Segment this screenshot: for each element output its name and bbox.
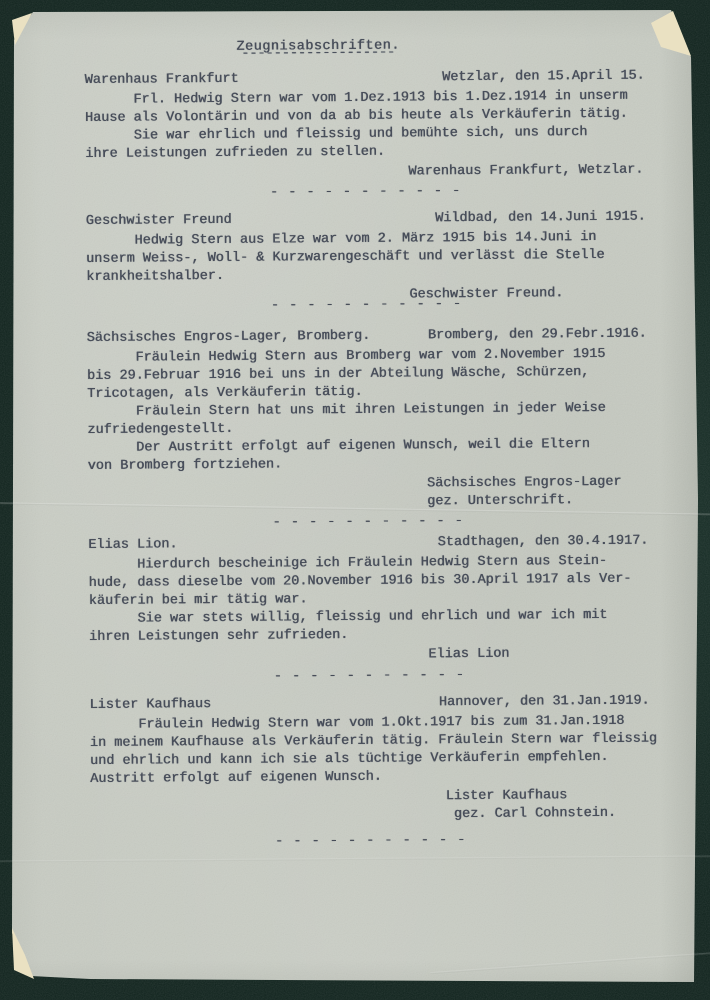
- testimonial-body: Fräulein Hedwig Stern war vom 1.Okt.1917…: [90, 713, 651, 789]
- company-name: Sächsisches Engros-Lager, Bromberg.: [87, 328, 371, 348]
- dateline: Stadthagen, den 30.4.1917.: [438, 533, 649, 553]
- body-line: Austritt erfolgt auf eigenen Wunsch.: [90, 767, 650, 789]
- dashed-separator: - - - - - - - - - - -: [89, 666, 649, 688]
- testimonial-body: Fräulein Hedwig Stern aus Bromberg war v…: [87, 346, 648, 476]
- signature-line: Sächsisches Engros-Lager: [411, 474, 648, 494]
- testimonial-section: Lister Kaufhaus Hannover, den 31.Jan.191…: [89, 693, 650, 827]
- dateline: Bromberg, den 29.Febr.1916.: [428, 326, 647, 346]
- dateline: Hannover, den 31.Jan.1919.: [439, 693, 650, 713]
- signature-line: Elias Lion: [412, 645, 649, 665]
- testimonial-header: Sächsisches Engros-Lager, Bromberg. Brom…: [87, 326, 647, 348]
- body-line: ihren Leistungen sehr zufrieden.: [89, 625, 649, 647]
- testimonial-section: Geschwister Freund Wildbad, den 14.Juni …: [86, 209, 647, 307]
- company-name: Lister Kaufhaus: [89, 696, 211, 715]
- testimonial-signature: Lister Kaufhaus gez. Carl Cohnstein.: [413, 787, 650, 825]
- title-underline: -------------------: [236, 45, 400, 64]
- signature-line: gez. Carl Cohnstein.: [413, 805, 650, 825]
- dashed-separator: - - - - - - - - - - -: [85, 182, 645, 204]
- company-name: Elias Lion.: [88, 536, 177, 555]
- testimonial-section: Elias Lion. Stadthagen, den 30.4.1917. H…: [88, 533, 649, 667]
- document-title-block: Zeugnisabschriften. -------------------: [236, 38, 400, 64]
- body-line: krankheitshalber.: [86, 265, 646, 287]
- testimonial-signature: Warenhaus Frankfurt, Wetzlar.: [408, 162, 645, 182]
- dashed-separator: - - - - - - - - - - -: [91, 831, 651, 853]
- dashed-separator: - - - - - - - - - - -: [86, 295, 646, 317]
- company-name: Geschwister Freund: [86, 212, 232, 231]
- signature-line: Warenhaus Frankfurt, Wetzlar.: [408, 162, 645, 182]
- testimonial-section: Sächsisches Engros-Lager, Bromberg. Brom…: [87, 326, 648, 514]
- testimonial-section: Warenhaus Frankfurt Wetzlar, den 15.Apri…: [85, 68, 646, 184]
- testimonial-body: Hierdurch bescheinige ich Fräulein Hedwi…: [88, 553, 649, 647]
- testimonial-body: Frl. Hedwig Stern war vom 1.Dez.1913 bis…: [85, 88, 646, 164]
- signature-line: gez. Unterschrift.: [411, 492, 648, 512]
- dashed-separator: - - - - - - - - - - -: [88, 512, 648, 534]
- testimonial-header: Geschwister Freund Wildbad, den 14.Juni …: [86, 209, 646, 231]
- testimonial-header: Lister Kaufhaus Hannover, den 31.Jan.191…: [89, 693, 649, 715]
- testimonial-header: Warenhaus Frankfurt Wetzlar, den 15.Apri…: [85, 68, 645, 90]
- company-name: Warenhaus Frankfurt: [85, 71, 239, 90]
- testimonial-signature: Sächsisches Engros-Lager gez. Unterschri…: [411, 474, 648, 512]
- dateline: Wetzlar, den 15.April 15.: [442, 68, 645, 88]
- typewritten-content: Zeugnisabschriften. ------------------- …: [84, 0, 652, 1000]
- testimonial-signature: Elias Lion: [412, 645, 649, 665]
- dateline: Wildbad, den 14.Juni 1915.: [435, 209, 646, 229]
- signature-line: Lister Kaufhaus: [413, 787, 650, 807]
- body-line: von Bromberg fortziehen.: [88, 454, 648, 476]
- scanned-document-page: { "document": { "title": "Zeugnisabschri…: [0, 0, 710, 1000]
- testimonial-header: Elias Lion. Stadthagen, den 30.4.1917.: [88, 533, 648, 555]
- body-line: ihre Leistungen zufrieden zu stellen.: [85, 142, 645, 164]
- testimonial-body: Hedwig Stern aus Elze war vom 2. März 19…: [86, 229, 646, 287]
